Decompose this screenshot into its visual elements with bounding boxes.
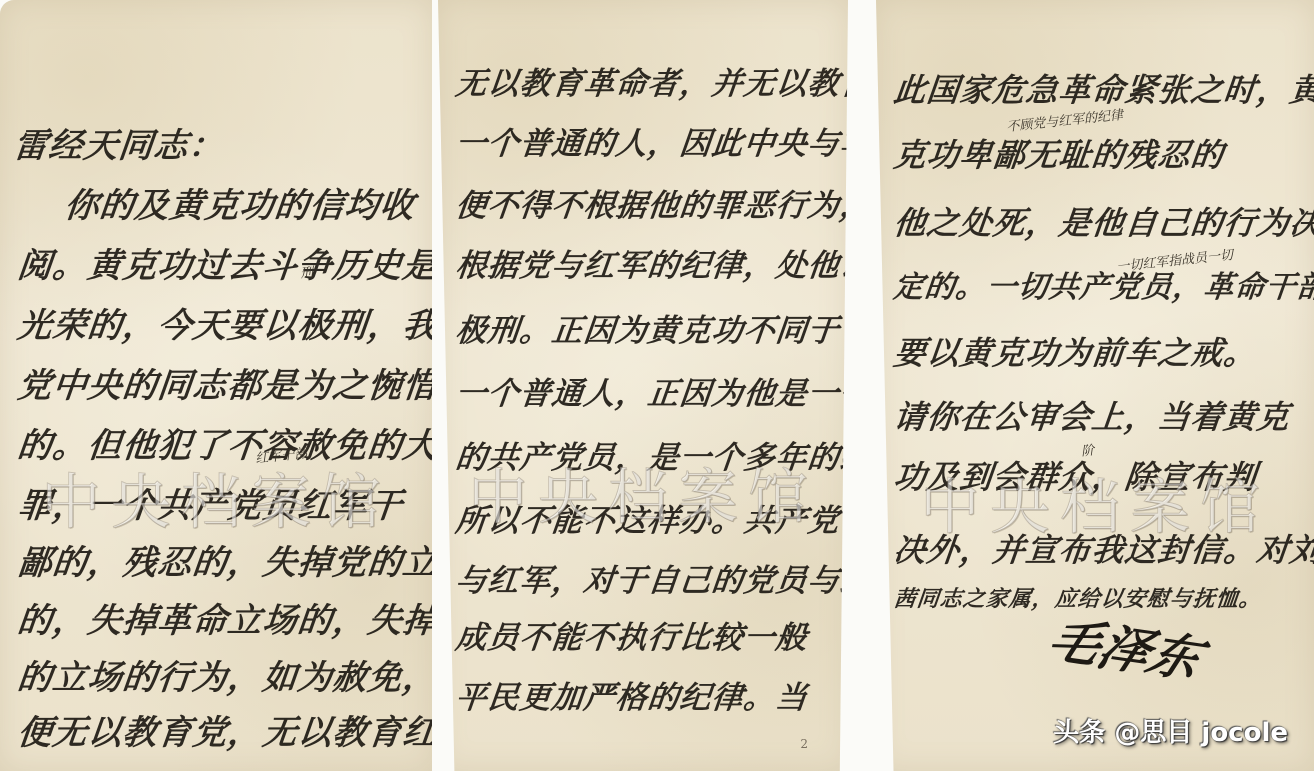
- letter-page-3: 此国家危急革命紧张之时，黄 克功卑鄙无耻的残忍的 他之处死，是他自己的行为决 定…: [876, 0, 1314, 771]
- text-line: 要以黄克功为前车之戒。: [892, 328, 1260, 374]
- text-line: 根据党与红军的纪律，处他以: [454, 240, 848, 285]
- source-credit-watermark: 头条 @思目 jocole: [1053, 712, 1288, 749]
- page-number: 2: [800, 737, 808, 751]
- text-line: 一个普通的人，因此中央与军委: [454, 118, 848, 163]
- page-1-text: 雷经天同志： 你的及黄克功的信均收 阅。黄克功过去斗争历史是 光荣的，今天要以极…: [0, 0, 432, 771]
- text-line: 成员不能不执行比较一般: [454, 612, 811, 657]
- text-line: 一个普通人，正因为他是一个多年: [454, 368, 848, 413]
- text-line: 的立场的行为，如为赦免，: [15, 650, 432, 699]
- text-line: 此国家危急革命紧张之时，黄: [892, 65, 1314, 111]
- text-line: 光荣的，今天要以极刑，我及: [15, 298, 432, 347]
- text-line: 党中央的同志都是为之惋惜: [15, 358, 432, 407]
- text-line: 阅。黄克功过去斗争历史是: [15, 238, 432, 287]
- text-line: 罪，一个共产党员红军干: [15, 478, 405, 527]
- text-line: 与红军，对于自己的党员与红军: [454, 555, 848, 600]
- salutation: 雷经天同志：: [11, 118, 226, 167]
- text-line: 平民更加严格的纪律。当: [454, 672, 811, 717]
- text-line: 便不得不根据他的罪恶行为，: [454, 180, 848, 225]
- text-line: 所以不能不这样办。共产党: [454, 495, 843, 540]
- text-line: 的共产党员，是一个多年的红军: [454, 432, 848, 477]
- margin-note: 刑: [299, 261, 314, 281]
- text-line: 鄙的，残忍的，失掉党的立场: [15, 535, 432, 584]
- text-line: 你的及黄克功的信均收: [27, 178, 417, 227]
- text-line: 功及到会群众，除宣布判: [892, 452, 1260, 498]
- text-line: 的。但他犯了不容赦免的大: [15, 418, 432, 467]
- text-line: 请你在公审会上，当着黄克: [892, 392, 1293, 438]
- page-2-text: 无以教育革命者，并无以教育做 一个普通的人，因此中央与军委 便不得不根据他的罪恶…: [438, 0, 848, 771]
- text-line: 的，失掉革命立场的，失掉人: [15, 593, 432, 642]
- text-line: 便无以教育党，无以教育红军，: [15, 705, 432, 754]
- text-line: 决外，并宣布我这封信。对刘: [892, 525, 1314, 571]
- text-line: 克功卑鄙无耻的残忍的: [892, 130, 1227, 176]
- text-line: 定的。一切共产党员，革命干部，: [892, 262, 1314, 306]
- text-line: 无以教育革命者，并无以教育做: [454, 58, 848, 103]
- margin-note: 阶: [1080, 439, 1095, 459]
- letter-page-2: 无以教育革命者，并无以教育做 一个普通的人，因此中央与军委 便不得不根据他的罪恶…: [438, 0, 848, 771]
- text-line: 他之处死，是他自己的行为决: [892, 198, 1314, 244]
- letter-page-1: 雷经天同志： 你的及黄克功的信均收 阅。黄克功过去斗争历史是 光荣的，今天要以极…: [0, 0, 432, 771]
- text-line: 极刑。正因为黄克功不同于: [454, 305, 843, 350]
